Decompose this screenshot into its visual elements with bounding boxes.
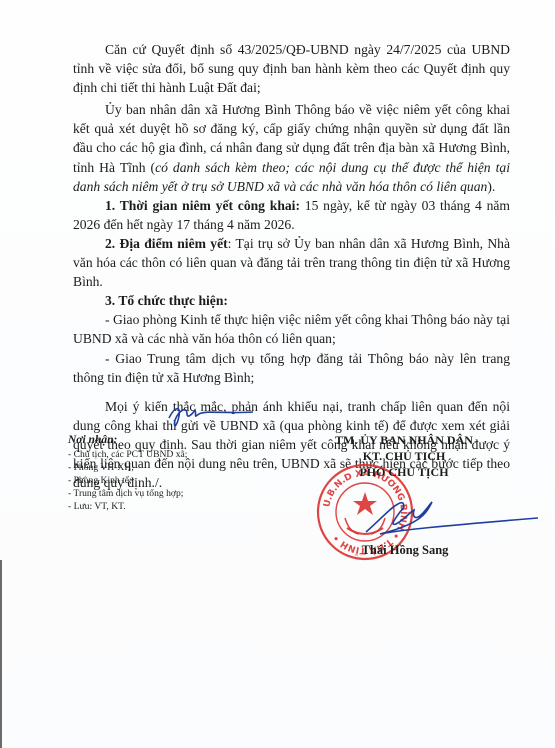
signer-name: Thái Hồng Sang	[350, 543, 460, 558]
initial-signature-icon	[165, 396, 255, 428]
document-body: Căn cứ Quyết định số 43/2025/QĐ-UBND ngà…	[73, 40, 510, 492]
section-1: 1. Thời gian niêm yết công khai: 15 ngày…	[73, 196, 510, 234]
section-1-heading: 1. Thời gian niêm yết công khai:	[105, 198, 300, 213]
signature-line-1: TM. ỦY BAN NHÂN DÂN	[318, 432, 490, 448]
section-3-item: - Giao Trung tâm dịch vụ tổng hợp đăng t…	[73, 349, 510, 387]
scan-edge	[0, 560, 2, 748]
recipient-item: - Lưu: VT, KT.	[68, 500, 268, 513]
section-3-item: - Giao phòng Kinh tế thực hiện việc niêm…	[73, 310, 510, 348]
section-2-heading: 2. Địa điểm niêm yết	[105, 236, 228, 251]
recipient-item: - Trung tâm dịch vụ tổng hợp;	[68, 487, 268, 500]
legal-basis-paragraph: Căn cứ Quyết định số 43/2025/QĐ-UBND ngà…	[73, 40, 510, 97]
document-page: Căn cứ Quyết định số 43/2025/QĐ-UBND ngà…	[0, 0, 555, 748]
recipient-item: - Chủ tịch, các PCT UBND xã;	[68, 448, 268, 461]
recipient-item: - Phòng VH-XH;	[68, 461, 268, 474]
announcement-paragraph: Ủy ban nhân dân xã Hương Bình Thông báo …	[73, 100, 510, 195]
recipient-item: - Phòng Kinh tế;	[68, 474, 268, 487]
section-2: 2. Địa điểm niêm yết: Tại trụ sở Ủy ban …	[73, 234, 510, 291]
signature-title-block: TM. ỦY BAN NHÂN DÂN KT. CHỦ TỊCH PHÓ CHỦ…	[318, 432, 490, 480]
signature-line-3: PHÓ CHỦ TỊCH	[318, 464, 490, 480]
signature-line-2: KT. CHỦ TỊCH	[318, 448, 490, 464]
handwritten-signature-icon	[360, 490, 540, 550]
section-3-heading: 3. Tổ chức thực hiện:	[73, 291, 510, 310]
recipients-block: Nơi nhận: - Chủ tịch, các PCT UBND xã; -…	[68, 434, 268, 513]
recipients-title: Nơi nhận:	[68, 434, 268, 447]
